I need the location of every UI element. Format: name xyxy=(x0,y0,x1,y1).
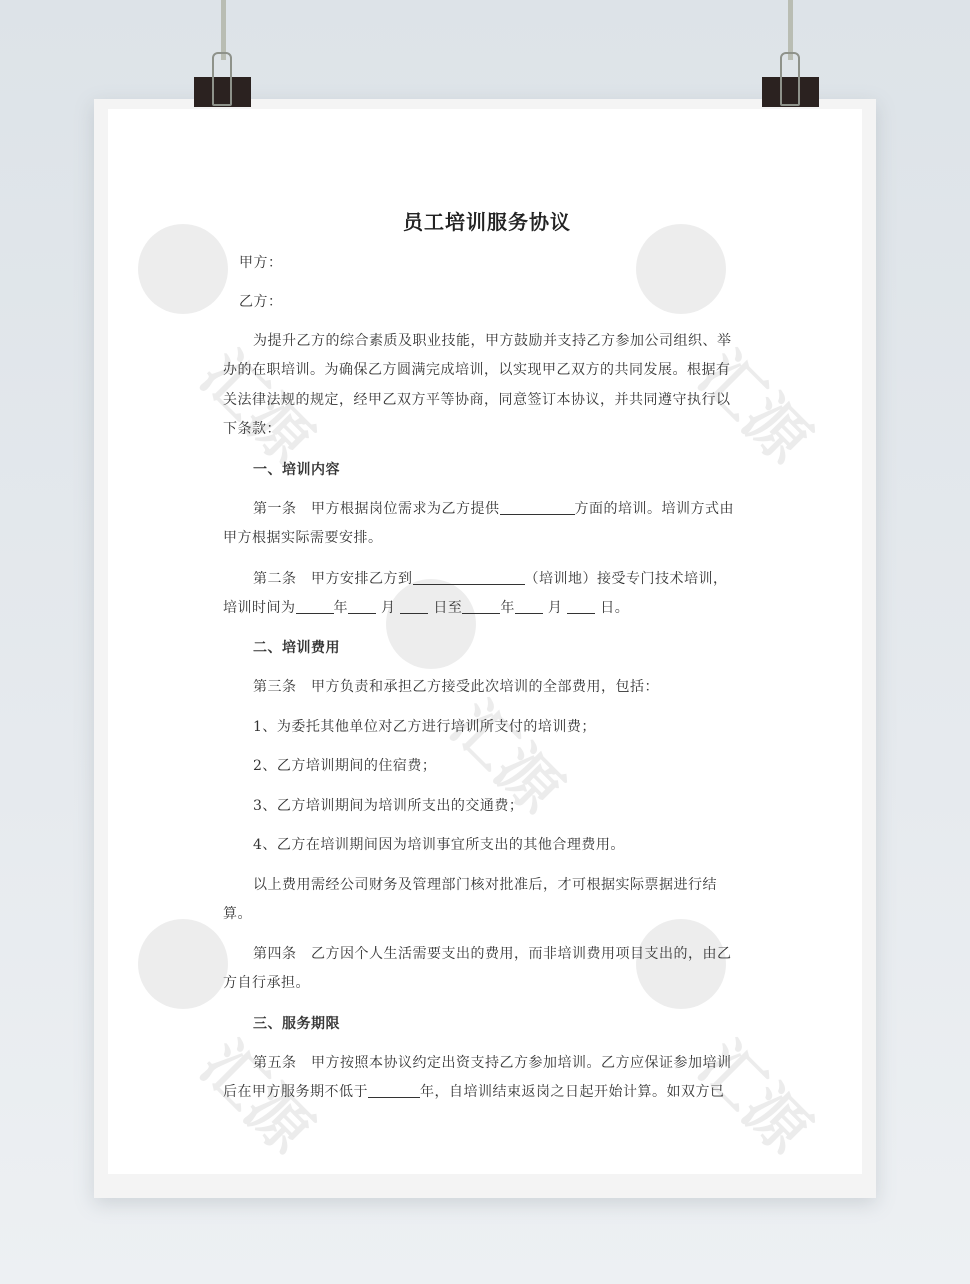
year-label: 年 xyxy=(334,600,349,616)
day-to-label: 日至 xyxy=(433,600,462,616)
hanging-string-right xyxy=(788,0,793,60)
fee-item: 4、乙方在培训期间因为培训事宜所支出的其他合理费用。 xyxy=(253,835,625,855)
fill-blank[interactable] xyxy=(296,599,334,614)
party-a-label: 甲方： xyxy=(239,253,283,273)
section-heading: 一、培训内容 xyxy=(253,460,340,480)
year-label: 年 xyxy=(500,600,515,616)
preamble-line: 下条款： xyxy=(223,419,281,439)
article-1-line: 甲方根据实际需要安排。 xyxy=(223,528,383,548)
section-heading: 二、培训费用 xyxy=(253,638,340,658)
article-1-line: 第一条 甲方根据岗位需求为乙方提供方面的培训。培训方式由 xyxy=(253,499,734,519)
article-5-line: 第五条 甲方按照本协议约定出资支持乙方参加培训。乙方应保证参加培训 xyxy=(253,1053,732,1073)
article-2-line: 第二条 甲方安排乙方到（培训地）接受专门技术培训， xyxy=(253,569,728,589)
watermark-logo-icon xyxy=(138,224,228,314)
article-2-text-b: （培训地）接受专门技术培训， xyxy=(525,571,728,587)
watermark-logo-icon xyxy=(138,919,228,1009)
settlement-line: 以上费用需经公司财务及管理部门核对批准后，才可根据实际票据进行结 xyxy=(253,875,717,895)
date-label: 培训时间为 xyxy=(223,600,296,616)
settlement-line: 算。 xyxy=(223,904,252,924)
article-5-line: 后在甲方服务期不低于年，自培训结束返岗之日起开始计算。如双方已 xyxy=(223,1082,725,1102)
watermark-logo-icon xyxy=(636,919,726,1009)
fill-blank[interactable] xyxy=(567,599,595,614)
preamble-line: 办的在职培训。为确保乙方圆满完成培训，以实现甲乙双方的共同发展。根据有 xyxy=(223,360,731,380)
fee-item: 2、乙方培训期间的住宿费； xyxy=(253,756,436,776)
article-2-date-line: 培训时间为年 月 日至年 月 日。 xyxy=(223,598,629,618)
hanging-string-left xyxy=(221,0,226,60)
article-2-text-a: 第二条 甲方安排乙方到 xyxy=(253,571,413,587)
watermark-logo-icon xyxy=(386,579,476,669)
binder-clip-wire-right xyxy=(780,52,800,106)
preamble-line: 为提升乙方的综合素质及职业技能，甲方鼓励并支持乙方参加公司组织、举 xyxy=(253,331,732,351)
fill-blank[interactable] xyxy=(400,599,428,614)
binder-clip-wire-left xyxy=(212,52,232,106)
fee-item: 1、为委托其他单位对乙方进行培训所支付的培训费； xyxy=(253,717,596,737)
fill-blank[interactable] xyxy=(348,599,376,614)
month-label: 月 xyxy=(381,600,396,616)
article-4-line: 方自行承担。 xyxy=(223,973,310,993)
fill-blank[interactable] xyxy=(368,1083,420,1098)
article-3-line: 第三条 甲方负责和承担乙方接受此次培训的全部费用，包括： xyxy=(253,677,659,697)
document-page: 汇源 汇源 汇源 汇源 汇源 员工培训服务协议 甲方： 乙方： 为提升乙方的综合… xyxy=(108,109,862,1174)
fill-blank[interactable] xyxy=(500,500,575,515)
fill-blank[interactable] xyxy=(462,599,500,614)
section-heading: 三、服务期限 xyxy=(253,1014,340,1034)
party-b-label: 乙方： xyxy=(239,292,283,312)
fee-item: 3、乙方培训期间为培训所支出的交通费； xyxy=(253,796,523,816)
day-label: 日。 xyxy=(600,600,629,616)
article-1-text-b: 方面的培训。培训方式由 xyxy=(575,501,735,517)
article-4-line: 第四条 乙方因个人生活需要支出的费用，而非培训费用项目支出的，由乙 xyxy=(253,944,732,964)
fill-blank[interactable] xyxy=(413,570,525,585)
month-label: 月 xyxy=(548,600,563,616)
article-1-text-a: 第一条 甲方根据岗位需求为乙方提供 xyxy=(253,501,500,517)
document-title: 员工培训服务协议 xyxy=(223,206,751,235)
watermark-logo-icon xyxy=(636,224,726,314)
preamble-line: 关法律法规的规定，经甲乙双方平等协商，同意签订本协议，并共同遵守执行以 xyxy=(223,390,731,410)
article-5-text-a: 后在甲方服务期不低于 xyxy=(223,1084,368,1100)
article-5-text-b: 年，自培训结束返岗之日起开始计算。如双方已 xyxy=(420,1084,725,1100)
fill-blank[interactable] xyxy=(515,599,543,614)
